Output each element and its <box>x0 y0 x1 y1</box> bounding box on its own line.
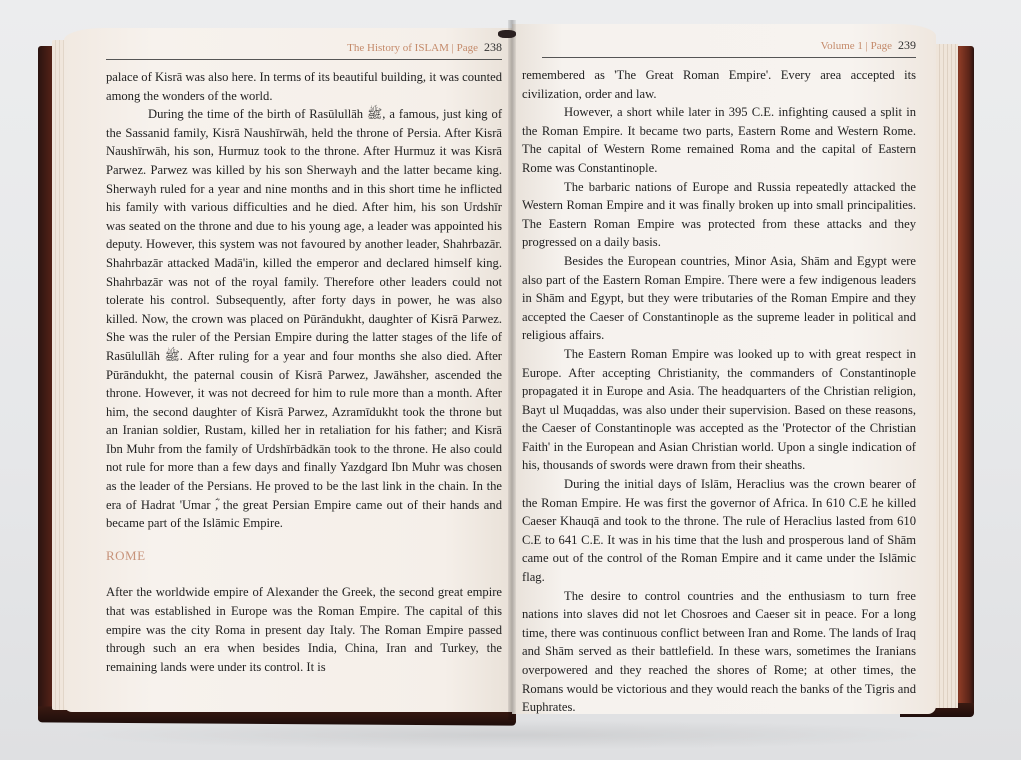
paragraph: remembered as 'The Great Roman Empire'. … <box>522 66 916 103</box>
page-number: 239 <box>898 38 916 53</box>
paragraph: During the time of the birth of Rasūlull… <box>106 105 502 533</box>
paragraph: The desire to control countries and the … <box>522 587 916 717</box>
running-title: The History of ISLAM | Page <box>347 42 478 54</box>
paragraph: However, a short while later in 395 C.E.… <box>522 103 916 177</box>
right-page-header: Volume 1 | Page 239 <box>542 38 916 58</box>
book-gutter <box>508 20 516 720</box>
left-page: The History of ISLAM | Page 238 palace o… <box>64 28 512 712</box>
left-page-header: The History of ISLAM | Page 238 <box>106 40 502 60</box>
page-number: 238 <box>484 40 502 55</box>
right-page-body: remembered as 'The Great Roman Empire'. … <box>522 66 916 717</box>
paragraph: The barbaric nations of Europe and Russi… <box>522 178 916 252</box>
left-page-body: palace of Kisrā was also here. In terms … <box>106 68 502 676</box>
paragraph: The Eastern Roman Empire was looked up t… <box>522 345 916 475</box>
paragraph: palace of Kisrā was also here. In terms … <box>106 68 502 105</box>
paragraph: After the worldwide empire of Alexander … <box>106 583 502 676</box>
paragraph: Besides the European countries, Minor As… <box>522 252 916 345</box>
bookmark-ribbon <box>498 30 516 38</box>
right-page: Volume 1 | Page 239 remembered as 'The G… <box>512 24 936 714</box>
section-heading: ROME <box>106 547 502 566</box>
running-title: Volume 1 | Page <box>821 40 892 52</box>
paragraph: During the initial days of Islām, Heracl… <box>522 475 916 587</box>
photo-scene: The History of ISLAM | Page 238 palace o… <box>0 0 1021 760</box>
